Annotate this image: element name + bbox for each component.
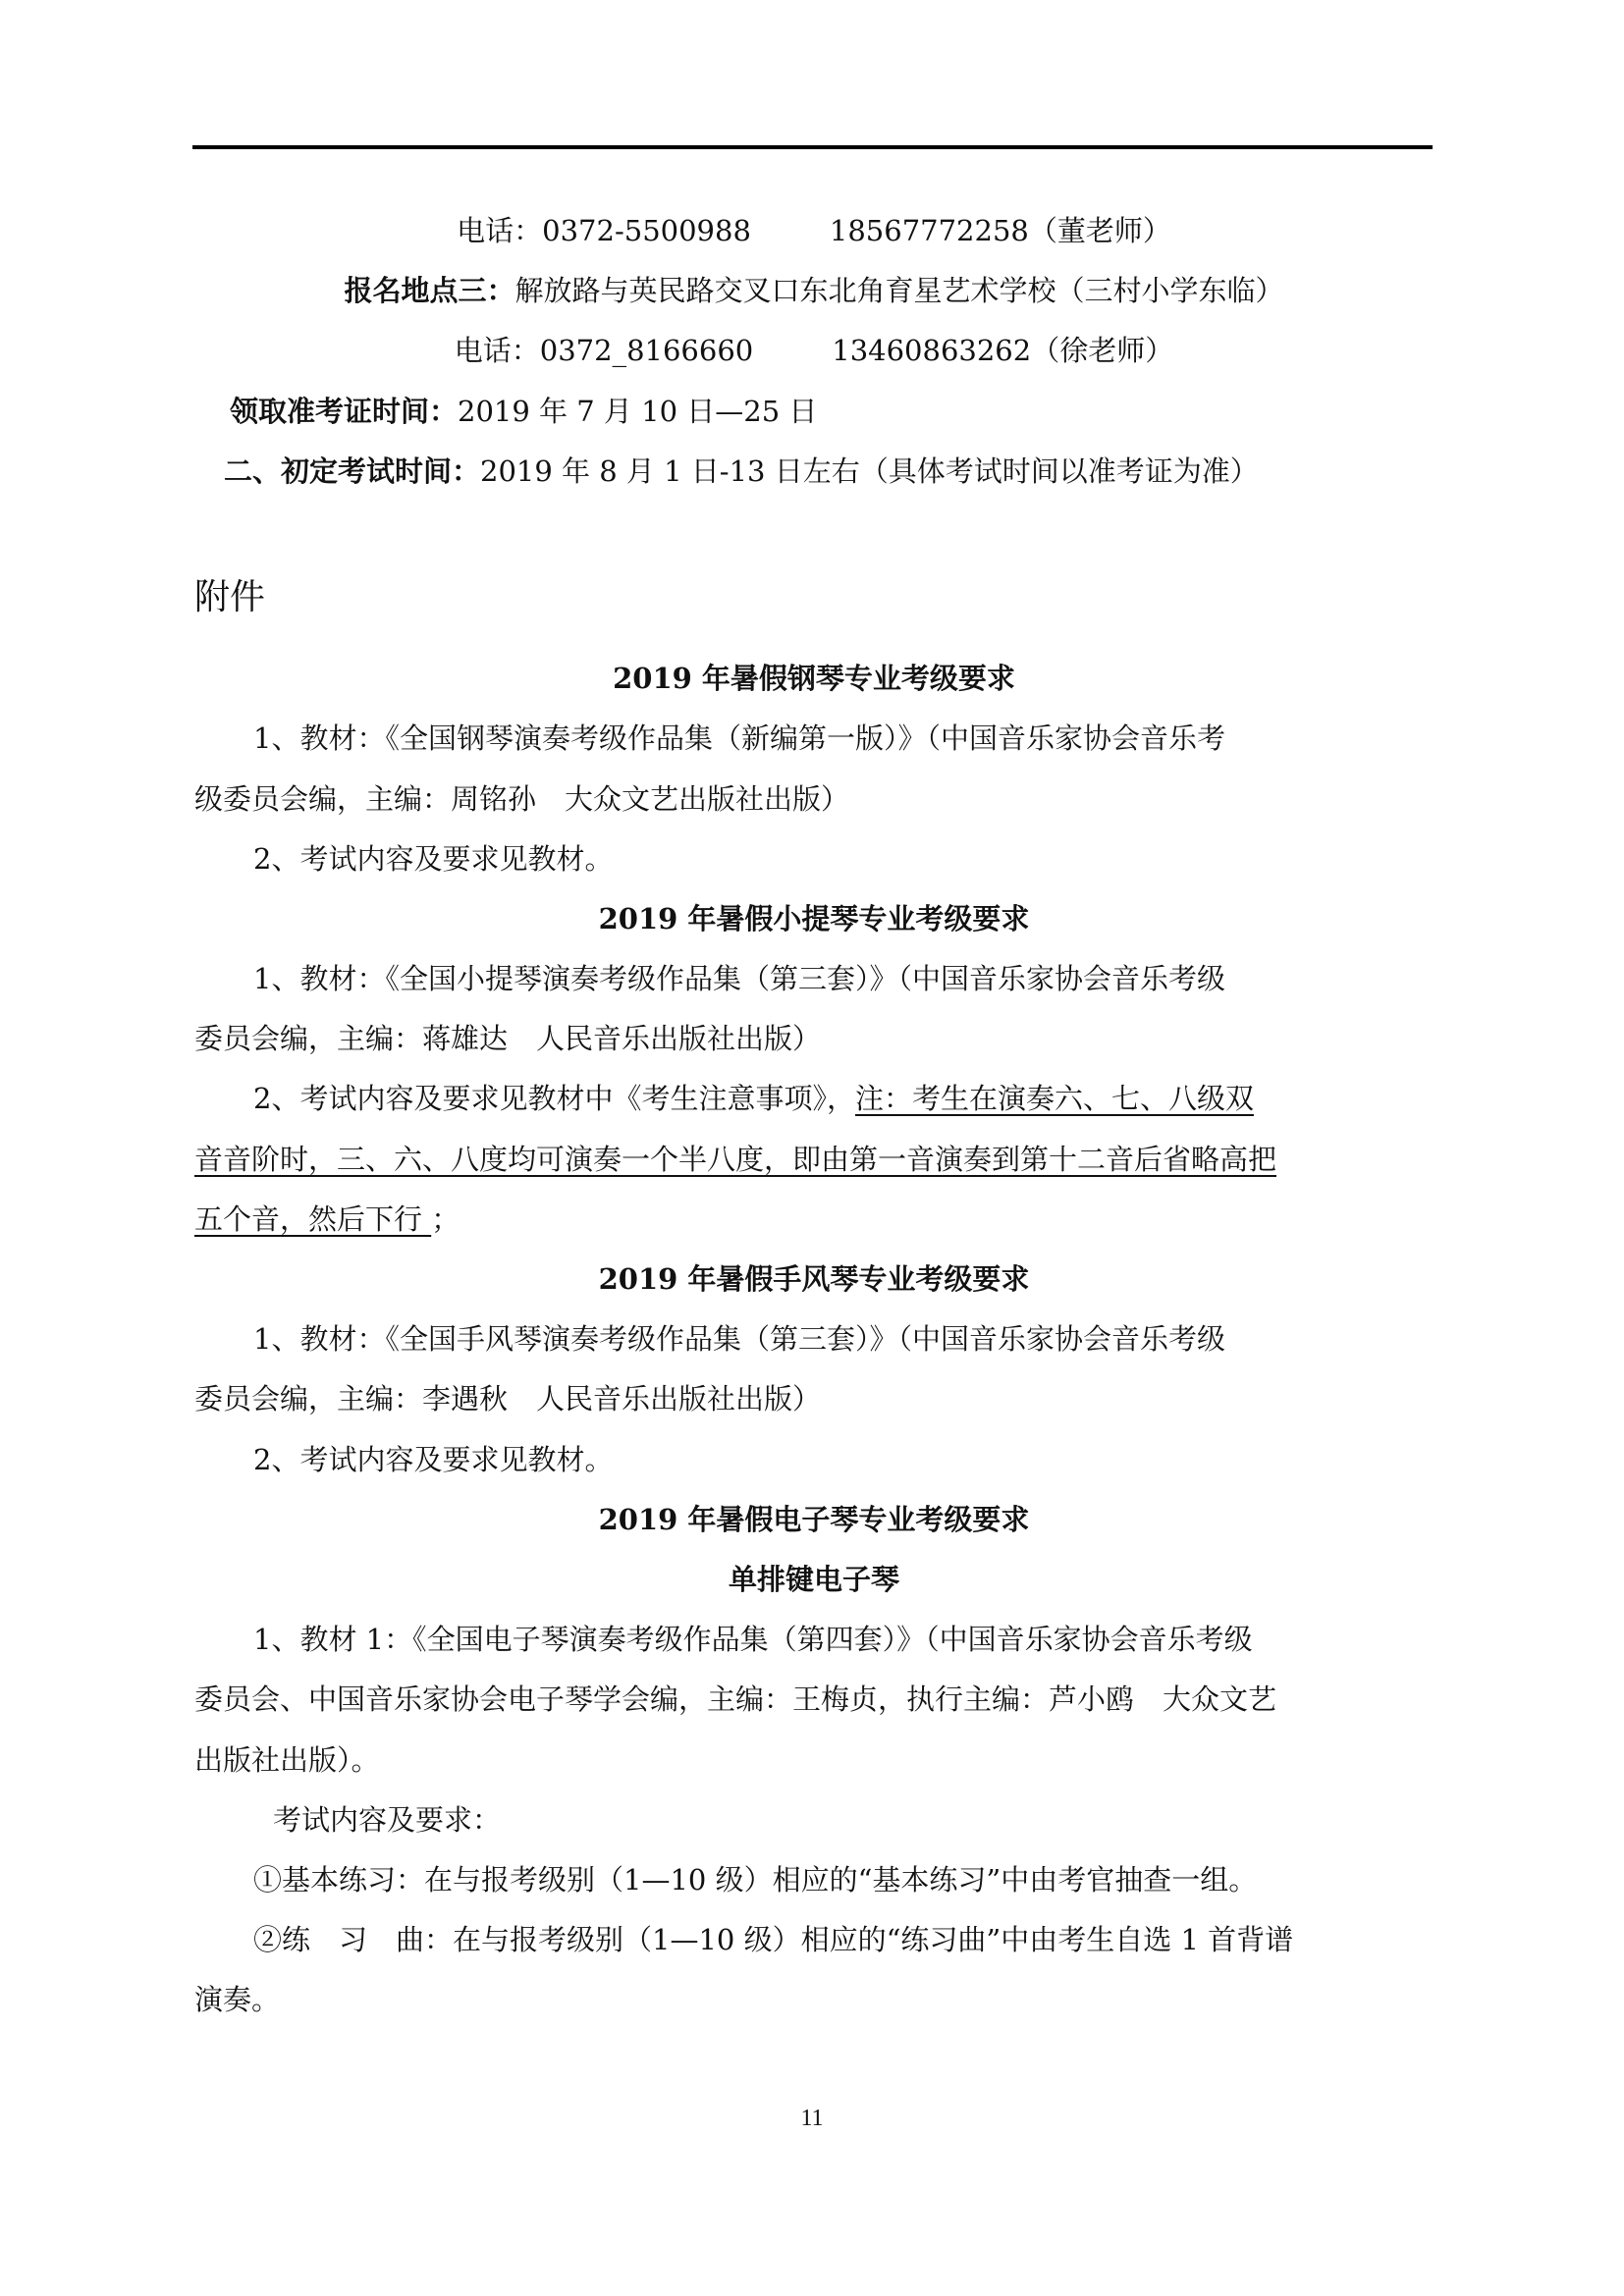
keyboard-requirement-2: ②练 习 曲：在与报考级别（1—10 级）相应的“练习曲”中由考生自选 1 首背… — [194, 1910, 1434, 1970]
violin-note-line-2: 音音阶时，三、六、八度均可演奏一个半八度，即由第一音演奏到第十二音后省略高把 — [194, 1130, 1434, 1190]
piano-line-1: 1、教材：《全国钢琴演奏考级作品集（新编第一版）》（中国音乐家协会音乐考 — [194, 709, 1434, 769]
phone-number: 0372_8166660 — [540, 334, 753, 367]
piano-line-3: 2、考试内容及要求见教材。 — [194, 829, 1434, 889]
exam-time-label: 二、初定考试时间： — [224, 454, 480, 488]
violin-line-2: 委员会编，主编：蒋雄达 人民音乐出版社出版） — [194, 1009, 1434, 1069]
phone-label: 电话： — [457, 214, 542, 247]
section-heading-violin: 2019 年暑假小提琴专业考级要求 — [194, 889, 1434, 949]
violin-line-1: 1、教材：《全国小提琴演奏考级作品集（第三套）》（中国音乐家协会音乐考级 — [194, 949, 1434, 1009]
keyboard-line-1: 1、教材 1：《全国电子琴演奏考级作品集（第四套）》（中国音乐家协会音乐考级 — [194, 1610, 1434, 1670]
phone-number: 0372-5500988 — [542, 214, 751, 247]
violin-note-end: ； — [431, 1202, 460, 1236]
section-heading-keyboard: 2019 年暑假电子琴专业考级要求 — [194, 1490, 1434, 1550]
section-subheading-keyboard: 单排键电子琴 — [194, 1550, 1434, 1610]
location-text: 解放路与英民路交叉口东北角育星艺术学校（三村小学东临） — [515, 274, 1284, 307]
violin-note-line-1: 2、考试内容及要求见教材中《考生注意事项》，注：考生在演奏六、七、八级双 — [194, 1069, 1434, 1129]
keyboard-requirement-2-cont: 演奏。 — [194, 1970, 1434, 2030]
violin-note-line-3: 五个音，然后下行 ； — [194, 1190, 1434, 1250]
phone-contact: 18567772258（董老师） — [830, 214, 1171, 247]
violin-note-underlined: 五个音，然后下行 — [194, 1202, 431, 1236]
admission-label: 领取准考证时间： — [230, 395, 458, 428]
attachment-title: 附件 — [194, 567, 1434, 627]
phone-contact: 13460863262（徐老师） — [832, 334, 1173, 367]
keyboard-requirement-1: ①基本练习：在与报考级别（1—10 级）相应的“基本练习”中由考官抽查一组。 — [194, 1850, 1434, 1910]
keyboard-line-2: 委员会、中国音乐家协会电子琴学会编，主编：王梅贞，执行主编：芦小鸥 大众文艺 — [194, 1670, 1434, 1730]
page-number: 11 — [0, 2106, 1624, 2132]
keyboard-line-3: 出版社出版）。 — [194, 1731, 1434, 1790]
violin-note-underlined: 音音阶时，三、六、八度均可演奏一个半八度，即由第一音演奏到第十二音后省略高把 — [194, 1143, 1276, 1176]
phone-label: 电话： — [455, 334, 540, 367]
header-rule — [192, 145, 1433, 149]
accordion-line-1: 1、教材：《全国手风琴演奏考级作品集（第三套）》（中国音乐家协会音乐考级 — [194, 1309, 1434, 1369]
exam-time-text: 2019 年 8 月 1 日-13 日左右（具体考试时间以准考证为准） — [480, 454, 1259, 488]
phone-line-2: 电话：0372_816666013460863262（徐老师） — [194, 321, 1434, 381]
location-3: 报名地点三：解放路与英民路交叉口东北角育星艺术学校（三村小学东临） — [194, 261, 1434, 321]
section-heading-piano: 2019 年暑假钢琴专业考级要求 — [194, 649, 1434, 709]
admission-ticket-time: 领取准考证时间：2019 年 7 月 10 日—25 日 — [194, 382, 1434, 442]
section-heading-accordion: 2019 年暑假手风琴专业考级要求 — [194, 1250, 1434, 1309]
accordion-line-3: 2、考试内容及要求见教材。 — [194, 1430, 1434, 1490]
document-body: 电话：0372-550098818567772258（董老师） 报名地点三：解放… — [194, 201, 1434, 2030]
piano-line-2: 级委员会编，主编：周铭孙 大众文艺出版社出版） — [194, 770, 1434, 829]
violin-note-prefix: 2、考试内容及要求见教材中《考生注意事项》， — [253, 1082, 855, 1115]
exam-time: 二、初定考试时间：2019 年 8 月 1 日-13 日左右（具体考试时间以准考… — [194, 442, 1434, 502]
location-label: 报名地点三： — [344, 274, 514, 307]
accordion-line-2: 委员会编，主编：李遇秋 人民音乐出版社出版） — [194, 1369, 1434, 1429]
phone-line-1: 电话：0372-550098818567772258（董老师） — [194, 201, 1434, 261]
violin-note-underlined: 注：考生在演奏六、七、八级双 — [855, 1082, 1254, 1115]
admission-text: 2019 年 7 月 10 日—25 日 — [458, 395, 817, 428]
keyboard-requirements-label: 考试内容及要求： — [194, 1790, 1434, 1850]
